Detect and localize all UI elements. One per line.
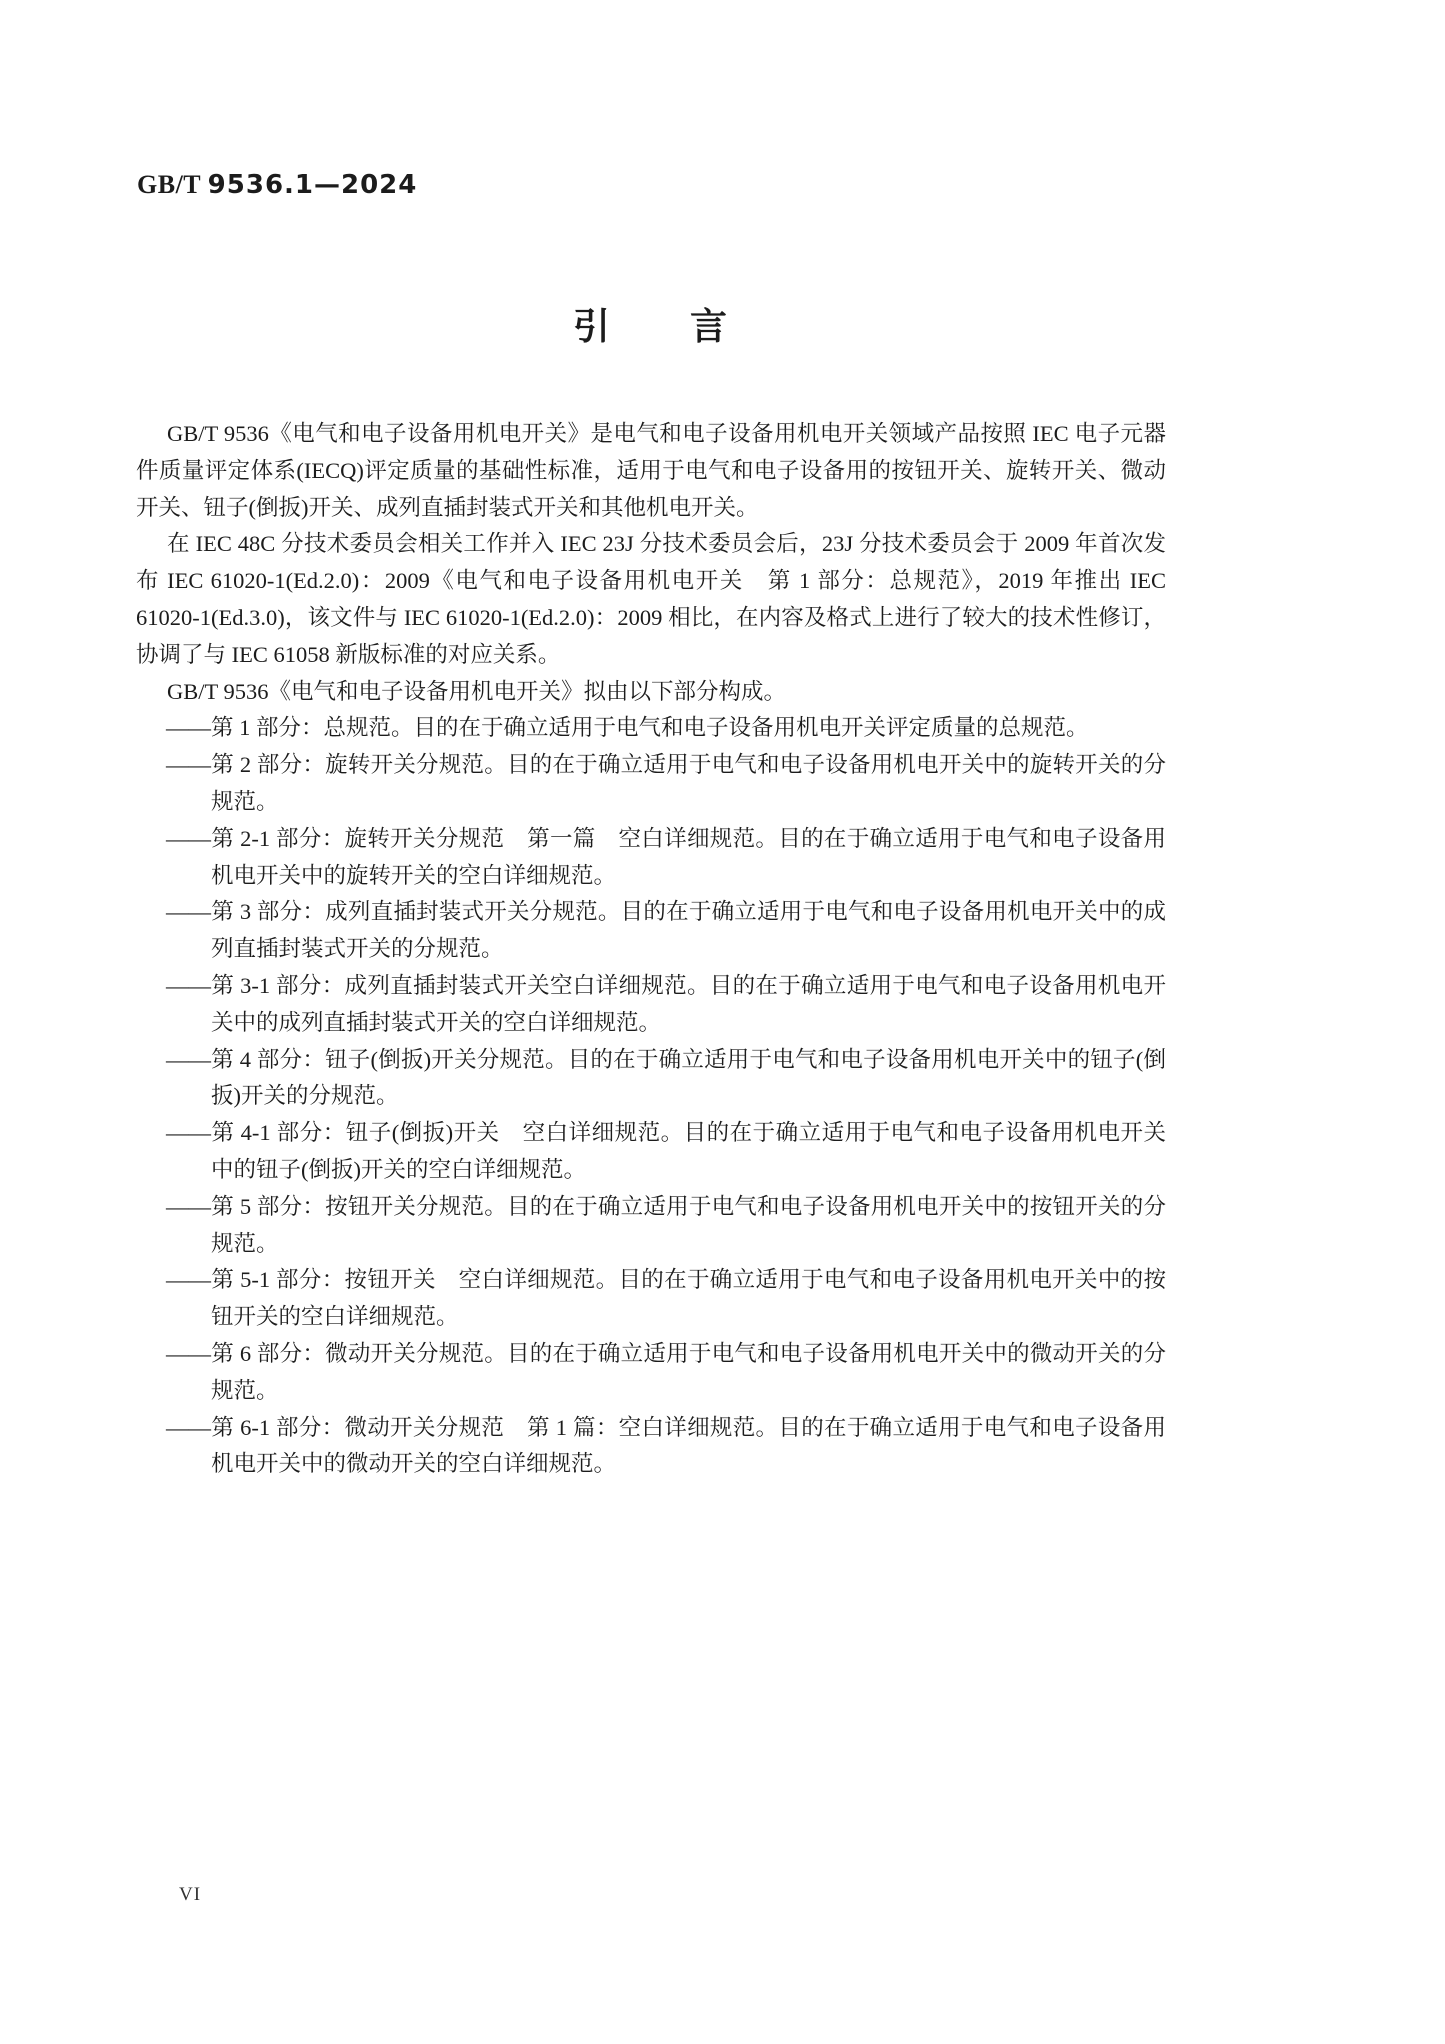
list-item-part-4: ——第 4 部分：钮子(倒扳)开关分规范。目的在于确立适用于电气和电子设备用机电… [166, 1042, 1166, 1116]
list-item-part-2: ——第 2 部分：旋转开关分规范。目的在于确立适用于电气和电子设备用机电开关中的… [166, 747, 1166, 821]
list-item-part-3-1: ——第 3-1 部分：成列直插封装式开关空白详细规范。目的在于确立适用于电气和电… [166, 968, 1166, 1042]
paragraph-parts-lead: GB/T 9536《电气和电子设备用机电开关》拟由以下部分构成。 [136, 674, 1166, 711]
section-title: 引 言 [136, 296, 1166, 350]
list-item-part-2-1: ——第 2-1 部分：旋转开关分规范 第一篇 空白详细规范。目的在于确立适用于电… [166, 821, 1166, 895]
page-number: VI [179, 1884, 201, 1906]
paragraph-intro-1: GB/T 9536《电气和电子设备用机电开关》是电气和电子设备用机电开关领域产品… [136, 416, 1166, 526]
standard-number: GB/T 9536.1—2024 [137, 170, 417, 200]
document-page: GB/T 9536.1—2024 引 言 GB/T 9536《电气和电子设备用机… [0, 0, 1445, 2044]
list-item-part-6: ——第 6 部分：微动开关分规范。目的在于确立适用于电气和电子设备用机电开关中的… [166, 1336, 1166, 1410]
document-body: GB/T 9536《电气和电子设备用机电开关》是电气和电子设备用机电开关领域产品… [136, 416, 1166, 1483]
list-item-part-5-1: ——第 5-1 部分：按钮开关 空白详细规范。目的在于确立适用于电气和电子设备用… [166, 1262, 1166, 1336]
standard-number-value: 9536.1—2024 [208, 170, 418, 200]
list-item-part-3: ——第 3 部分：成列直插封装式开关分规范。目的在于确立适用于电气和电子设备用机… [166, 894, 1166, 968]
list-item-part-6-1: ——第 6-1 部分：微动开关分规范 第 1 篇：空白详细规范。目的在于确立适用… [166, 1410, 1166, 1484]
list-item-part-5: ——第 5 部分：按钮开关分规范。目的在于确立适用于电气和电子设备用机电开关中的… [166, 1189, 1166, 1263]
list-item-part-1: ——第 1 部分：总规范。目的在于确立适用于电气和电子设备用机电开关评定质量的总… [166, 710, 1166, 747]
standard-number-prefix: GB/T [137, 170, 201, 199]
list-item-part-4-1: ——第 4-1 部分：钮子(倒扳)开关 空白详细规范。目的在于确立适用于电气和电… [166, 1115, 1166, 1189]
paragraph-intro-2: 在 IEC 48C 分技术委员会相关工作并入 IEC 23J 分技术委员会后，2… [136, 526, 1166, 673]
